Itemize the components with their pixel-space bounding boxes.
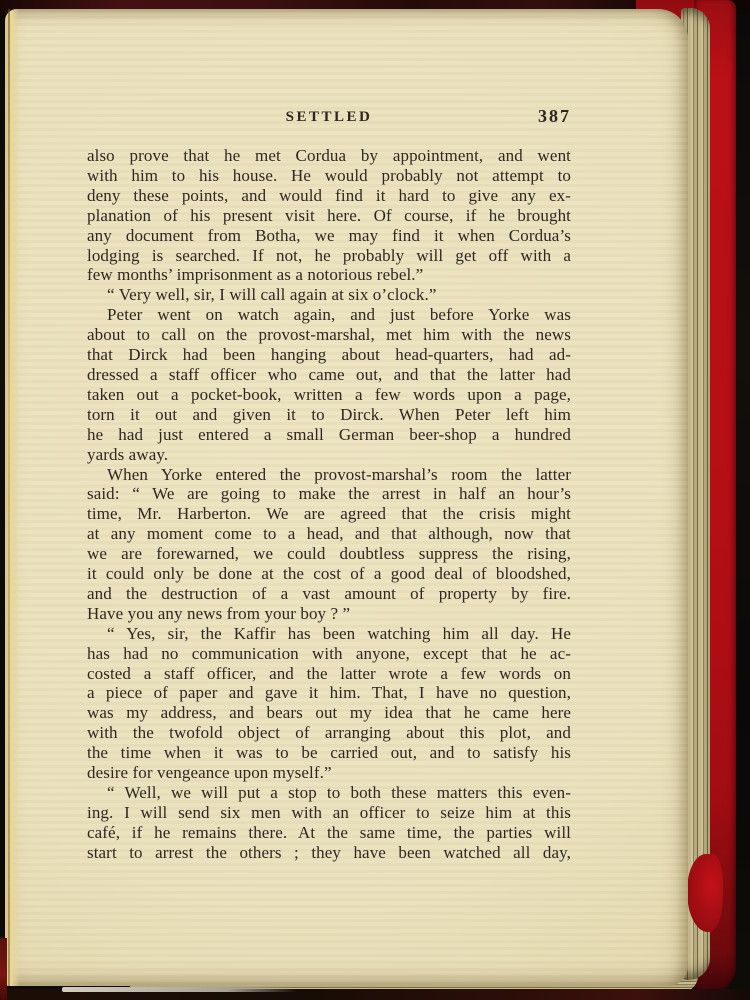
text-line: ing. I will send six men with an officer…	[87, 803, 571, 823]
text-line: with the twofold object of arranging abo…	[87, 723, 571, 743]
text-line: “ Yes, sir, the Kaffir has been watching…	[87, 624, 571, 644]
cover-bottom-highlight	[62, 987, 297, 992]
text-line: time, Mr. Harberton. We are agreed that …	[87, 504, 571, 524]
text-line: “ Very well, sir, I will call again at s…	[87, 285, 571, 305]
paragraph: When Yorke entered the provost-marshal’s…	[87, 465, 571, 624]
text-line: planation of his present visit here. Of …	[87, 206, 571, 226]
text-line: it could only be done at the cost of a g…	[87, 564, 571, 584]
text-line: Peter went on watch again, and just befo…	[87, 305, 571, 325]
text-line: that Dirck had been hanging about head-q…	[87, 345, 571, 365]
text-line: also prove that he met Cordua by appoint…	[87, 146, 571, 166]
paragraph: Peter went on watch again, and just befo…	[87, 305, 571, 464]
text-line: start to arrest the others ; they have b…	[87, 843, 571, 863]
text-line: we are forewarned, we could doubtless su…	[87, 544, 571, 564]
text-line: When Yorke entered the provost-marshal’s…	[87, 465, 571, 485]
text-line: desire for vengeance upon myself.”	[87, 763, 571, 783]
text-line: few months’ imprisonment as a notorious …	[87, 265, 571, 285]
text-line: any document from Botha, we may find it …	[87, 226, 571, 246]
text-line: Have you any news from your boy ? ”	[87, 604, 571, 624]
text-line: at any moment come to a head, and that a…	[87, 524, 571, 544]
text-line: he had just entered a small German beer-…	[87, 425, 571, 445]
page-number: 387	[538, 106, 571, 127]
text-line: and the destruction of a vast amount of …	[87, 584, 571, 604]
chapter-title: SETTLED	[87, 109, 571, 126]
paragraph: “ Very well, sir, I will call again at s…	[87, 285, 571, 305]
paragraph: also prove that he met Cordua by appoint…	[87, 146, 571, 285]
text-line: about to call on the provost-marshal, me…	[87, 325, 571, 345]
text-line: café, if he remains there. At the same t…	[87, 823, 571, 843]
paragraph: “ Yes, sir, the Kaffir has been watching…	[87, 624, 571, 783]
text-line: torn it out and given it to Dirck. When …	[87, 405, 571, 425]
paragraph: “ Well, we will put a stop to both these…	[87, 783, 571, 863]
text-line: “ Well, we will put a stop to both these…	[87, 783, 571, 803]
running-header: SETTLED 387	[87, 109, 571, 133]
cover-bottom-left-sliver	[0, 938, 7, 1000]
text-line: deny these points, and would find it har…	[87, 186, 571, 206]
text-line: costed a staff officer, and the latter w…	[87, 664, 571, 684]
text-line: yards away.	[87, 445, 571, 465]
book-photo: SETTLED 387 also prove that he met Cordu…	[0, 0, 750, 1000]
book-page: SETTLED 387 also prove that he met Cordu…	[5, 9, 688, 986]
text-line: lodging is searched. If not, he probably…	[87, 246, 571, 266]
text-line: dressed a staff officer who came out, an…	[87, 365, 571, 385]
text-line: said: “ We are going to make the arrest …	[87, 484, 571, 504]
text-line: a piece of paper and gave it him. That, …	[87, 683, 571, 703]
text-line: the time when it was to be carried out, …	[87, 743, 571, 763]
page-gutter-crease	[8, 9, 10, 986]
text-line: has had no communication with anyone, ex…	[87, 644, 571, 664]
text-line: with him to his house. He would probably…	[87, 166, 571, 186]
text-line: taken out a pocket-book, written a few w…	[87, 385, 571, 405]
book-cover-fold	[687, 854, 723, 932]
page-text: also prove that he met Cordua by appoint…	[87, 146, 571, 863]
text-line: was my address, and bears out my idea th…	[87, 703, 571, 723]
